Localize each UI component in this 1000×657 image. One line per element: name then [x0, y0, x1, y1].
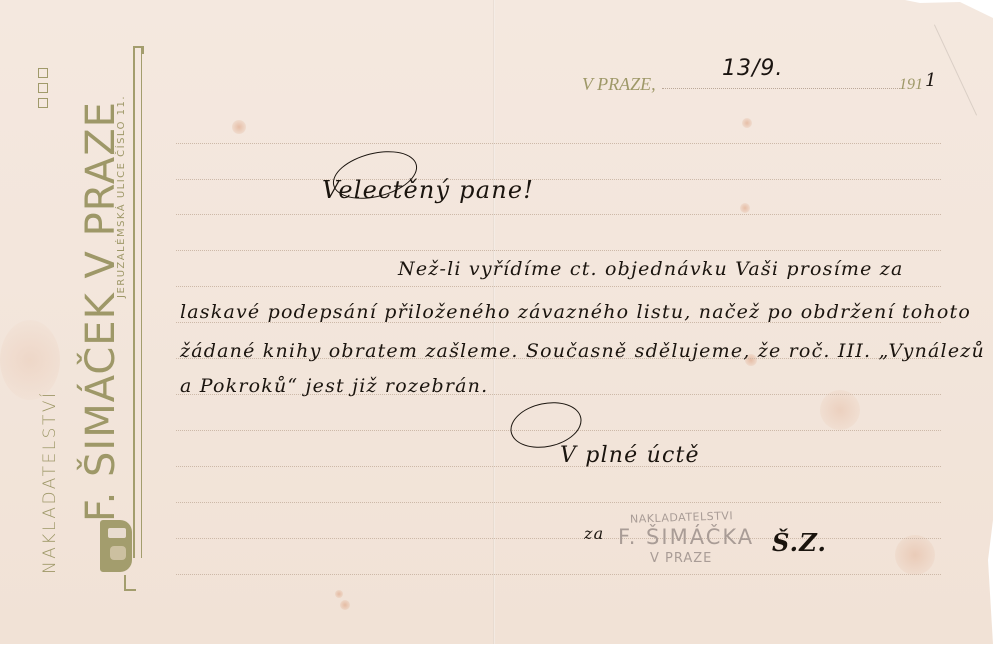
letterhead-bracket-foot	[124, 575, 136, 591]
handwritten-date: 13/9.	[722, 56, 783, 81]
printed-year: 191	[899, 76, 923, 94]
stamp-line-2: F. ŠIMÁČKA	[618, 525, 754, 549]
foxing-stain	[820, 390, 860, 430]
date-dotted-line	[662, 88, 900, 89]
printed-place: V PRAZE,	[582, 74, 656, 95]
letterhead-bracket	[133, 48, 142, 558]
signature-initials: Š.Z.	[772, 528, 827, 557]
handwritten-year-digit: 1	[925, 70, 936, 91]
foxing-stain	[232, 120, 246, 134]
decorative-squares-icon	[38, 68, 54, 113]
foxing-stain	[740, 203, 750, 213]
letter-body-line: žádané knihy obratem zašleme. Současně s…	[180, 340, 985, 362]
ruled-line	[176, 143, 941, 144]
ruled-line	[176, 502, 941, 503]
letterhead-address: JERUZALÉMSKÁ ULICE ČÍSLO 11.	[116, 95, 127, 298]
ruled-line	[176, 574, 941, 575]
letter-body-line: laskavé podepsání přiloženého závazného …	[180, 301, 971, 323]
letterhead-publisher-label: NAKLADATELSTVÍ	[40, 390, 60, 574]
ruled-line	[176, 250, 941, 251]
letter-salutation: Velectěný pane!	[322, 176, 534, 204]
letterhead: NAKLADATELSTVÍ F. ŠIMÁČEK V PRAZE JERUZA…	[0, 0, 140, 644]
stamp-line-3: V PRAZE	[650, 551, 712, 566]
foxing-stain	[335, 590, 343, 598]
paper-crease	[934, 24, 977, 115]
letter-paper: NAKLADATELSTVÍ F. ŠIMÁČEK V PRAZE JERUZA…	[0, 0, 993, 644]
foxing-stain	[340, 600, 350, 610]
publisher-monogram-icon	[100, 520, 132, 572]
signature-prefix: za	[584, 524, 604, 543]
ruled-line	[176, 286, 941, 287]
stamp-line-1: NAKLADATELSTVI	[630, 509, 733, 526]
letter-body-line: a Pokroků“ jest již rozebrán.	[180, 375, 488, 397]
foxing-stain	[895, 535, 935, 575]
ruled-line	[176, 214, 941, 215]
letter-body-line: Než-li vyřídíme ct. objednávku Vaši pros…	[398, 258, 904, 280]
ruled-line	[176, 466, 941, 467]
foxing-stain	[742, 118, 752, 128]
ruled-line	[176, 179, 941, 180]
letter-closing: V plné úctě	[560, 443, 700, 468]
